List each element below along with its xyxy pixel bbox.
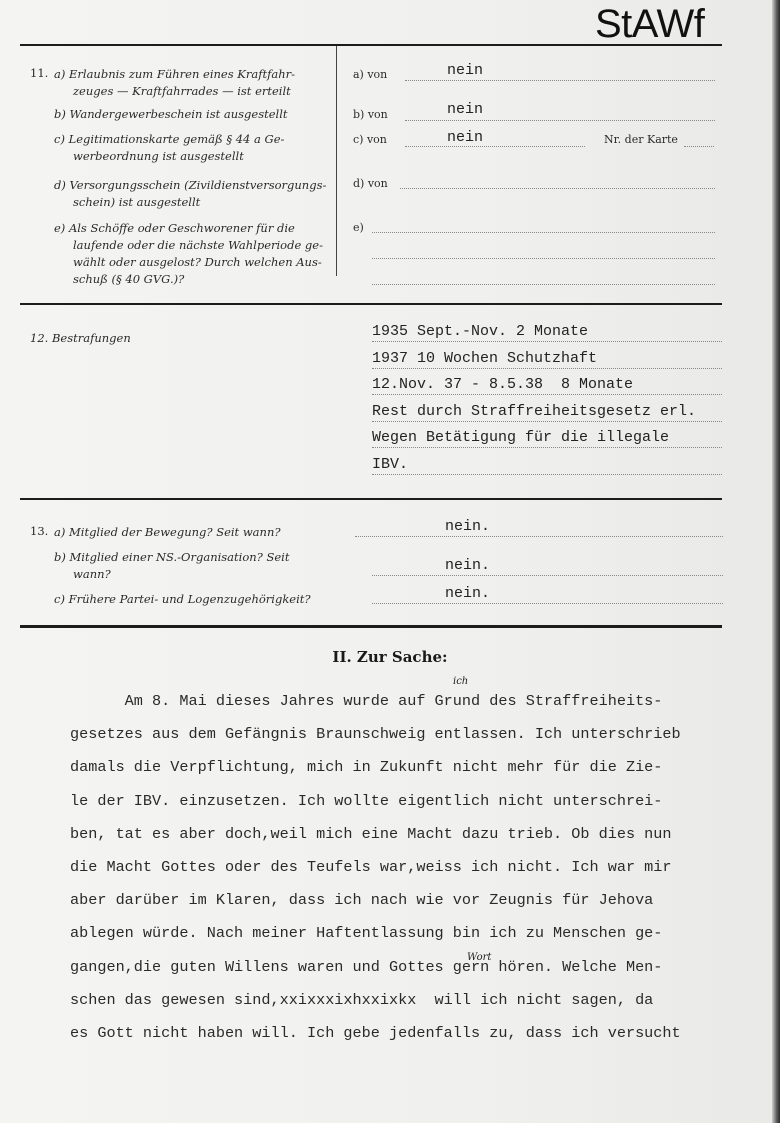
q13c-label: c) Frühere Partei- und Logenzugehörigkei…: [54, 591, 311, 608]
handwritten-insertion: ich: [453, 676, 468, 687]
q13b-label: b) Mitglied einer NS.-Organisation? Seit…: [54, 549, 289, 583]
conviction-field-line: [372, 394, 722, 395]
q11c-field-line: [405, 146, 585, 147]
conviction-field-line: [372, 421, 722, 422]
q11c-prefix: c) von: [353, 133, 387, 146]
handwritten-insertion: Wort: [467, 952, 491, 963]
q11e-field-line-1: [372, 232, 715, 233]
statement-line: aber darüber im Klaren, dass ich nach wi…: [70, 891, 653, 909]
q11b-prefix: b) von: [353, 108, 388, 121]
conviction-field-line: [372, 447, 722, 448]
q11d-label: d) Versorgungsschein (Zivildienstversorg…: [54, 177, 326, 211]
conviction-field-line: [372, 368, 722, 369]
q13c-answer: nein.: [445, 585, 490, 602]
card-number-label: Nr. der Karte: [604, 133, 678, 146]
q11c-answer: nein: [447, 129, 483, 146]
q11a-field-line: [405, 80, 715, 81]
conviction-line: Rest durch Straffreiheitsgesetz erl.: [372, 403, 696, 420]
statement-line: die Macht Gottes oder des Teufels war,we…: [70, 858, 672, 876]
statement-line: schen das gewesen sind,xxixxxixhxxixkx w…: [70, 991, 653, 1009]
q13b-answer: nein.: [445, 557, 490, 574]
q11e-field-line-3: [372, 284, 715, 285]
conviction-line: 1935 Sept.-Nov. 2 Monate: [372, 323, 588, 340]
statement-line: gesetzes aus dem Gefängnis Braunschweig …: [70, 725, 681, 743]
q13b-field-line: [372, 575, 723, 576]
q11a-answer: nein: [447, 62, 483, 79]
q11d-field-line: [400, 188, 715, 189]
conviction-line: 12.Nov. 37 - 8.5.38 8 Monate: [372, 376, 633, 393]
column-divider: [336, 46, 337, 276]
q11a-label: a) Erlaubnis zum Führen eines Kraftfahr-…: [54, 66, 295, 100]
statement-line: ben, tat es aber doch,weil mich eine Mac…: [70, 825, 672, 843]
section-heading: II. Zur Sache:: [0, 648, 780, 666]
q11d-prefix: d) von: [353, 177, 388, 190]
conviction-field-line: [372, 341, 722, 342]
card-number-line: [684, 146, 714, 147]
q11e-field-line-2: [372, 258, 715, 259]
conviction-field-line: [372, 474, 722, 475]
divider: [20, 498, 722, 500]
statement-line: Am 8. Mai dieses Jahres wurde auf Grund …: [70, 692, 662, 710]
q11b-label: b) Wandergewerbeschein ist ausgestellt: [54, 106, 288, 123]
q11b-answer: nein: [447, 101, 483, 118]
statement-line: ablegen würde. Nach meiner Haftentlassun…: [70, 924, 662, 942]
divider: [20, 625, 722, 628]
statement-line: gangen,die guten Willens waren und Gotte…: [70, 958, 662, 976]
conviction-line: 1937 10 Wochen Schutzhaft: [372, 350, 597, 367]
q11c-label: c) Legitimationskarte gemäß § 44 a Ge- w…: [54, 131, 284, 165]
conviction-line: Wegen Betätigung für die illegale: [372, 429, 669, 446]
q11e-label: e) Als Schöffe oder Geschworener für die…: [54, 220, 323, 288]
document-page: StAWf 11. a) Erlaubnis zum Führen eines …: [0, 0, 780, 1123]
q13c-field-line: [372, 603, 723, 604]
statement-line: le der IBV. einzusetzen. Ich wollte eige…: [70, 792, 662, 810]
conviction-line: IBV.: [372, 456, 408, 473]
q11a-prefix: a) von: [353, 68, 387, 81]
section-11-number: 11.: [30, 66, 48, 80]
statement-line: es Gott nicht haben will. Ich gebe jeden…: [70, 1024, 681, 1042]
q11b-field-line: [405, 120, 715, 121]
section-13-number: 13.: [30, 524, 48, 538]
q13a-answer: nein.: [445, 518, 490, 535]
q11e-prefix: e): [353, 221, 364, 234]
q13a-field-line: [355, 536, 723, 537]
scan-edge: [772, 0, 780, 1123]
divider: [20, 44, 722, 46]
archive-stamp: StAWf: [595, 2, 704, 47]
q12-label: 12. Bestrafungen: [30, 330, 131, 347]
q13a-label: a) Mitglied der Bewegung? Seit wann?: [54, 524, 281, 541]
divider: [20, 303, 722, 305]
statement-line: damals die Verpflichtung, mich in Zukunf…: [70, 758, 662, 776]
